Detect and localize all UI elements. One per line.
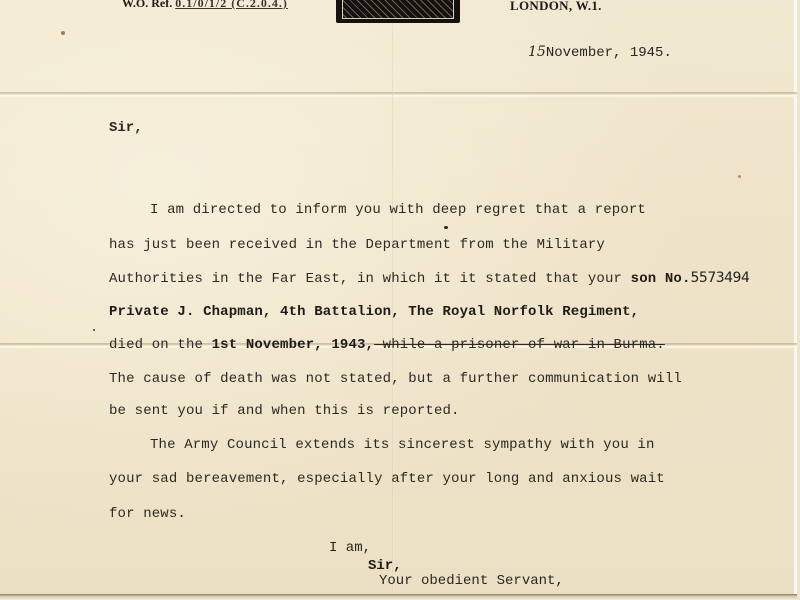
stain-spot (738, 175, 741, 178)
stain-spot (93, 329, 95, 331)
body-text: died on the (109, 337, 212, 353)
body-text: Authorities in the Far East, in which it… (109, 271, 631, 287)
service-number-label: son No. (631, 271, 691, 287)
letterhead-city: LONDON, W.1. (510, 0, 602, 14)
body-line: died on the 1st November, 1943, while a … (109, 337, 665, 353)
body-line: for news. (109, 506, 186, 522)
royal-crest-icon (336, 0, 460, 23)
body-line: Authorities in the Far East, in which it… (109, 270, 749, 287)
closing-line: Sir, (368, 558, 402, 574)
letter-date: 15November, 1945. (528, 44, 672, 61)
paper-right-edge (794, 0, 797, 600)
body-line: your sad bereavement, especially after y… (109, 471, 665, 487)
reference-value: 0.1/0/1/2 (C.2.0.4.) (175, 0, 288, 10)
salutation: Sir, (109, 120, 143, 136)
fold-crease-top (0, 92, 797, 98)
body-line: be sent you if and when this is reported… (109, 403, 460, 419)
service-number: 5573494 (691, 270, 750, 286)
body-line: The cause of death was not stated, but a… (109, 371, 682, 387)
ink-mark (444, 226, 448, 229)
body-line: The Army Council extends its sincerest s… (150, 437, 655, 453)
body-line: has just been received in the Department… (109, 237, 605, 253)
soldier-identification: Private J. Chapman, 4th Battalion, The R… (109, 304, 639, 320)
body-line: I am directed to inform you with deep re… (150, 202, 646, 218)
closing-line: Your obedient Servant, (379, 573, 564, 589)
struck-through-text: while a prisoner of war in Burma. (374, 337, 665, 353)
date-day-handwritten: 15 (528, 44, 546, 60)
date-of-death: 1st November, 1943, (212, 337, 374, 353)
war-office-reference: W.O. Ref. 0.1/0/1/2 (C.2.0.4.) (122, 0, 288, 11)
fold-crease-vertical (392, 0, 394, 600)
letter-paper: W.O. Ref. 0.1/0/1/2 (C.2.0.4.) LONDON, W… (0, 0, 797, 600)
date-month-year: November, 1945. (546, 45, 672, 61)
closing-line: I am, (329, 540, 371, 556)
stain-spot (61, 31, 65, 35)
paper-bottom-edge (0, 594, 797, 600)
reference-label: W.O. Ref. (122, 0, 172, 10)
